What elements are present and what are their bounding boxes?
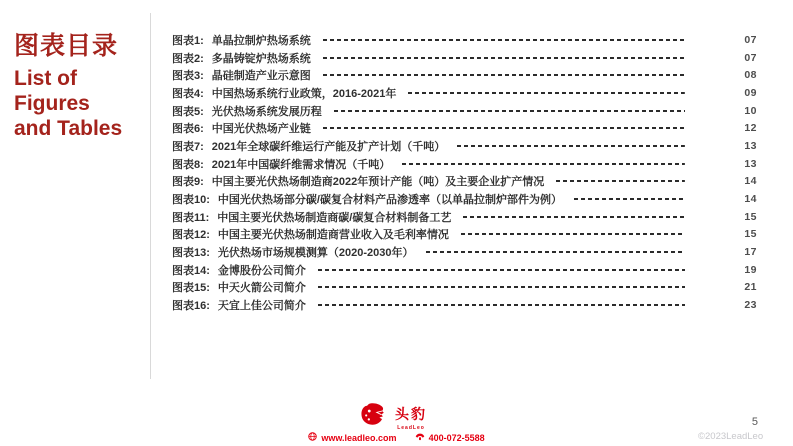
footer-website-link[interactable]: www.leadleo.com [321,433,396,443]
toc-entry-label: 图表9: [172,173,204,189]
toc-entry-label: 图表2: [172,50,204,66]
toc-entry-label: 图表10: [172,191,210,207]
toc-entry-label: 图表6: [172,120,204,136]
dotted-leader [318,282,685,293]
logo-name-cn: 头豹 [395,404,427,424]
toc-entry-title: 中国主要光伏热场制造商碳/碳复合材料制备工艺 [217,209,451,225]
section-title-cn: 图表目录 [14,26,154,62]
toc-entry-title: 中国热场系统行业政策，2016-2021年 [212,85,397,101]
toc-entry-page: 09 [695,87,757,99]
toc-entry-title: 多晶铸锭炉热场系统 [212,50,311,66]
section-title-en-line3: and Tables [14,116,154,141]
toc-entry-title: 天宜上佳公司简介 [218,297,306,313]
toc-entry-3[interactable]: 图表3: 晶硅制造产业示意图 08 [172,66,757,84]
section-title-en-line1: List of [14,66,154,91]
logo-text: 头豹 LeadLeo [395,404,427,431]
toc-entry-page: 10 [695,105,757,117]
dotted-leader [461,229,685,240]
toc-entry-title: 单晶拉制炉热场系统 [212,32,311,48]
vertical-divider [150,13,151,379]
dotted-leader [323,123,685,134]
leopard-icon [360,403,390,432]
toc-entry-7[interactable]: 图表7: 2021年全球碳纤维运行产能及扩产计划（千吨） 13 [172,137,757,155]
globe-icon [308,432,317,443]
dotted-leader [574,194,685,205]
footer-contact: www.leadleo.com 400-072-5588 [0,432,793,443]
toc-entry-label: 图表1: [172,32,204,48]
toc-entry-6[interactable]: 图表6: 中国光伏热场产业链 12 [172,119,757,137]
toc-entry-title: 金博股份公司简介 [218,262,306,278]
toc-entry-title: 光伏热场系统发展历程 [212,103,322,119]
toc-entry-title: 中国主要光伏热场制造商营业收入及毛利率情况 [218,226,449,242]
dotted-leader [323,34,685,45]
toc-entry-title: 中国主要光伏热场制造商2022年预计产能（吨）及主要企业扩产情况 [212,173,544,189]
document-page: 图表目录 List of Figures and Tables 图表1: 单晶拉… [0,0,793,446]
toc-entry-page: 15 [695,228,757,240]
toc-entry-page: 07 [695,52,757,64]
toc-entry-page: 13 [695,158,757,170]
toc-entry-label: 图表8: [172,156,204,172]
toc-entry-title: 晶硅制造产业示意图 [212,67,311,83]
toc-entry-label: 图表11: [172,209,209,225]
page-number: 5 [700,416,758,428]
toc-entry-page: 14 [695,175,757,187]
toc-entry-page: 13 [695,140,757,152]
toc-entry-page: 14 [695,193,757,205]
toc-entry-11[interactable]: 图表11: 中国主要光伏热场制造商碳/碳复合材料制备工艺 15 [172,208,757,226]
toc-entry-1[interactable]: 图表1: 单晶拉制炉热场系统 07 [172,31,757,49]
toc-entry-label: 图表15: [172,279,210,295]
toc-entry-label: 图表5: [172,103,204,119]
toc-entry-4[interactable]: 图表4: 中国热场系统行业政策，2016-2021年 09 [172,84,757,102]
toc-entry-15[interactable]: 图表15: 中天火箭公司简介 21 [172,279,757,297]
toc-entry-title: 中国光伏热场部分碳/碳复合材料产品渗透率（以单晶拉制炉部件为例） [218,191,562,207]
section-title: 图表目录 List of Figures and Tables [14,26,154,141]
toc-entry-page: 07 [695,34,757,46]
section-title-en-line2: Figures [14,91,154,116]
dotted-leader [318,264,685,275]
copyright-notice: ©2023LeadLeo [698,431,763,442]
toc-entry-page: 17 [695,246,757,258]
dotted-leader [463,211,685,222]
dotted-leader [408,87,685,98]
dotted-leader [556,176,685,187]
dotted-leader [318,300,685,311]
toc-entry-title: 光伏热场市场规模测算（2020-2030年） [218,244,414,260]
toc-entry-14[interactable]: 图表14: 金博股份公司简介 19 [172,261,757,279]
toc-entry-13[interactable]: 图表13: 光伏热场市场规模测算（2020-2030年） 17 [172,243,757,261]
toc-entry-2[interactable]: 图表2: 多晶铸锭炉热场系统 07 [172,49,757,67]
dotted-leader [323,70,685,81]
toc-entry-title: 2021年全球碳纤维运行产能及扩产计划（千吨） [212,138,445,154]
toc-entry-label: 图表16: [172,297,210,313]
figure-list: 图表1: 单晶拉制炉热场系统 07 图表2: 多晶铸锭炉热场系统 07 图表3:… [172,31,757,314]
toc-entry-title: 中国光伏热场产业链 [212,120,311,136]
toc-entry-8[interactable]: 图表8: 2021年中国碳纤维需求情况（千吨） 13 [172,155,757,173]
dotted-leader [334,105,685,116]
toc-entry-page: 21 [695,281,757,293]
toc-entry-label: 图表14: [172,262,210,278]
leadleo-logo: 头豹 LeadLeo [360,403,427,432]
toc-entry-page: 23 [695,299,757,311]
footer-phone: 400-072-5588 [429,433,485,443]
toc-entry-label: 图表12: [172,226,210,242]
toc-entry-page: 15 [695,211,757,223]
toc-entry-9[interactable]: 图表9: 中国主要光伏热场制造商2022年预计产能（吨）及主要企业扩产情况 14 [172,173,757,191]
dotted-leader [402,158,685,169]
toc-entry-12[interactable]: 图表12: 中国主要光伏热场制造商营业收入及毛利率情况 15 [172,226,757,244]
toc-entry-title: 2021年中国碳纤维需求情况（千吨） [212,156,390,172]
logo-name-en: LeadLeo [397,425,425,431]
toc-entry-title: 中天火箭公司简介 [218,279,306,295]
toc-entry-page: 19 [695,264,757,276]
toc-entry-page: 12 [695,122,757,134]
toc-entry-label: 图表13: [172,244,210,260]
dotted-leader [426,247,685,258]
toc-entry-16[interactable]: 图表16: 天宜上佳公司简介 23 [172,296,757,314]
toc-entry-10[interactable]: 图表10: 中国光伏热场部分碳/碳复合材料产品渗透率（以单晶拉制炉部件为例） 1… [172,190,757,208]
dotted-leader [323,52,685,63]
phone-icon [415,432,425,443]
toc-entry-label: 图表4: [172,85,204,101]
toc-entry-5[interactable]: 图表5: 光伏热场系统发展历程 10 [172,102,757,120]
toc-entry-label: 图表7: [172,138,204,154]
toc-entry-label: 图表3: [172,67,204,83]
dotted-leader [457,140,685,151]
toc-entry-page: 08 [695,69,757,81]
